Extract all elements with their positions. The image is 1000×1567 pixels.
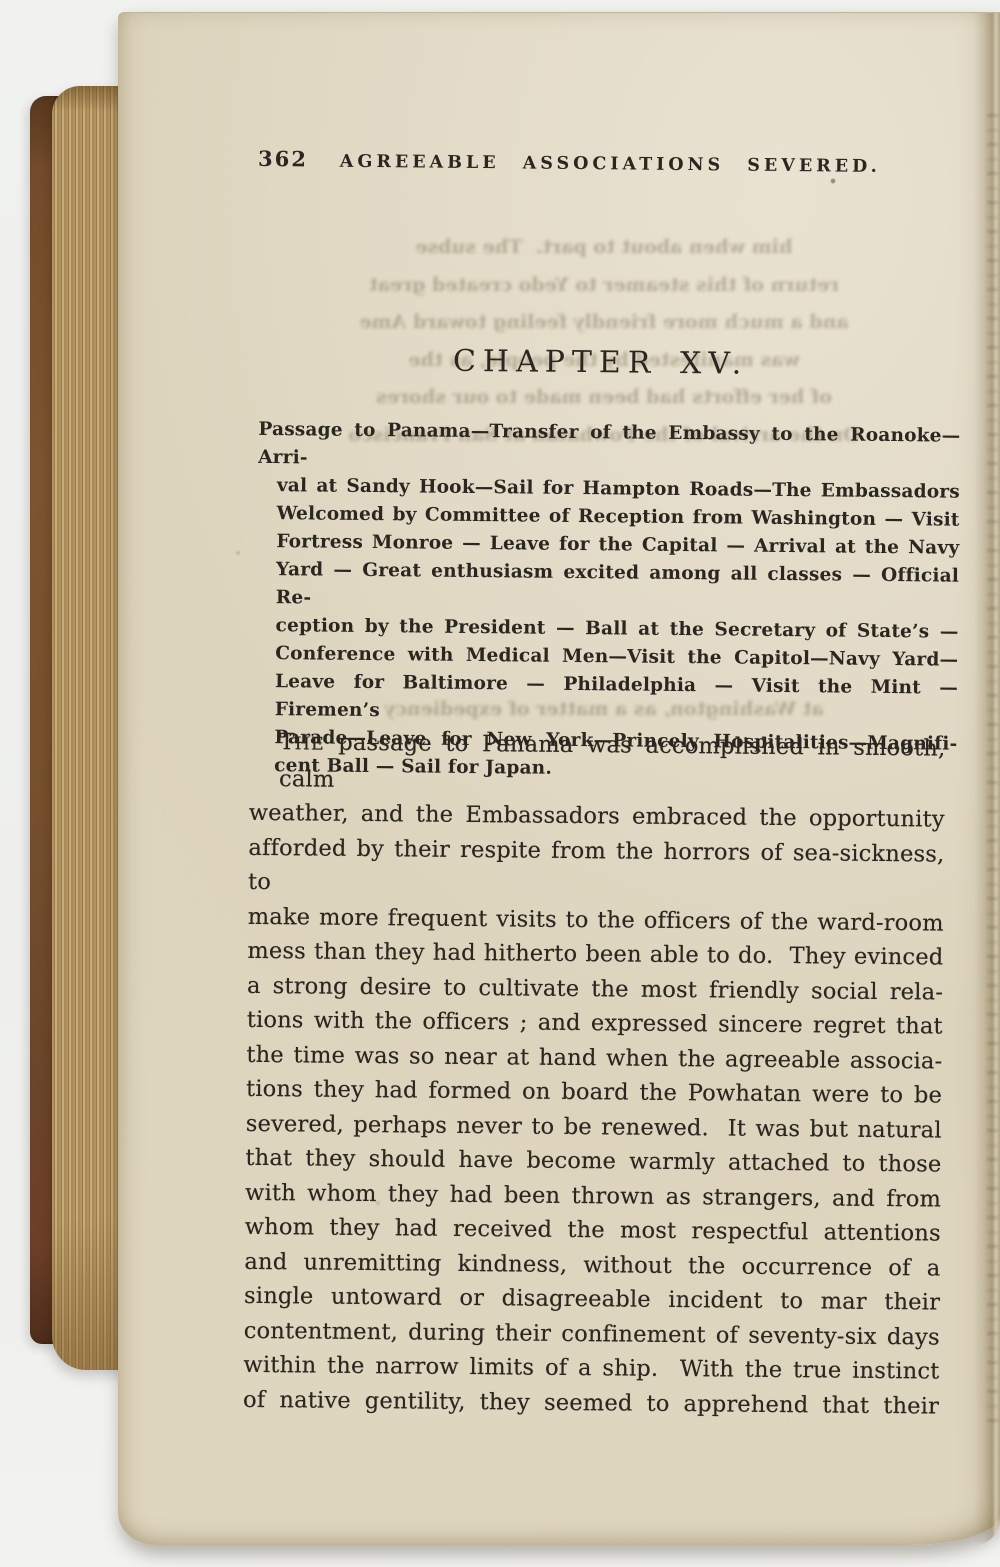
book-page: him when about to part. The subse return… [118,12,1000,1545]
printed-content: 362 AGREEABLE ASSOCIATIONS SEVERED. CHAP… [105,12,1000,1552]
body-line: of native gentility, they seemed to appr… [243,1382,939,1423]
adjacent-page-text-blur [987,103,998,1425]
book-photo: him when about to part. The subse return… [0,0,1000,1567]
lead-word-smallcaps: HE [295,734,325,754]
body-line-text: passage to Panama was accomplished in sm… [279,730,946,792]
summary-line: Leave for Baltimore — Philadelphia — Vis… [256,668,959,731]
lead-word-initial: T [279,729,294,755]
running-title: AGREEABLE ASSOCIATIONS SEVERED. [340,152,881,177]
summary-line: Yard — Great enthusiasm excited among al… [257,556,960,619]
running-header: 362 AGREEABLE ASSOCIATIONS SEVERED. [258,146,958,178]
body-line: THE passage to Panama was accomplished i… [249,725,946,803]
page-number: 362 [258,146,308,171]
chapter-heading: CHAPTER XV. [253,342,948,384]
gutter-page-edge [974,13,1000,1545]
body-paragraph: THE passage to Panama was accomplished i… [243,725,946,1424]
summary-line: Passage to Panama—Transfer of the Embass… [258,416,961,479]
body-line: afforded by their respite from the horro… [248,830,945,906]
